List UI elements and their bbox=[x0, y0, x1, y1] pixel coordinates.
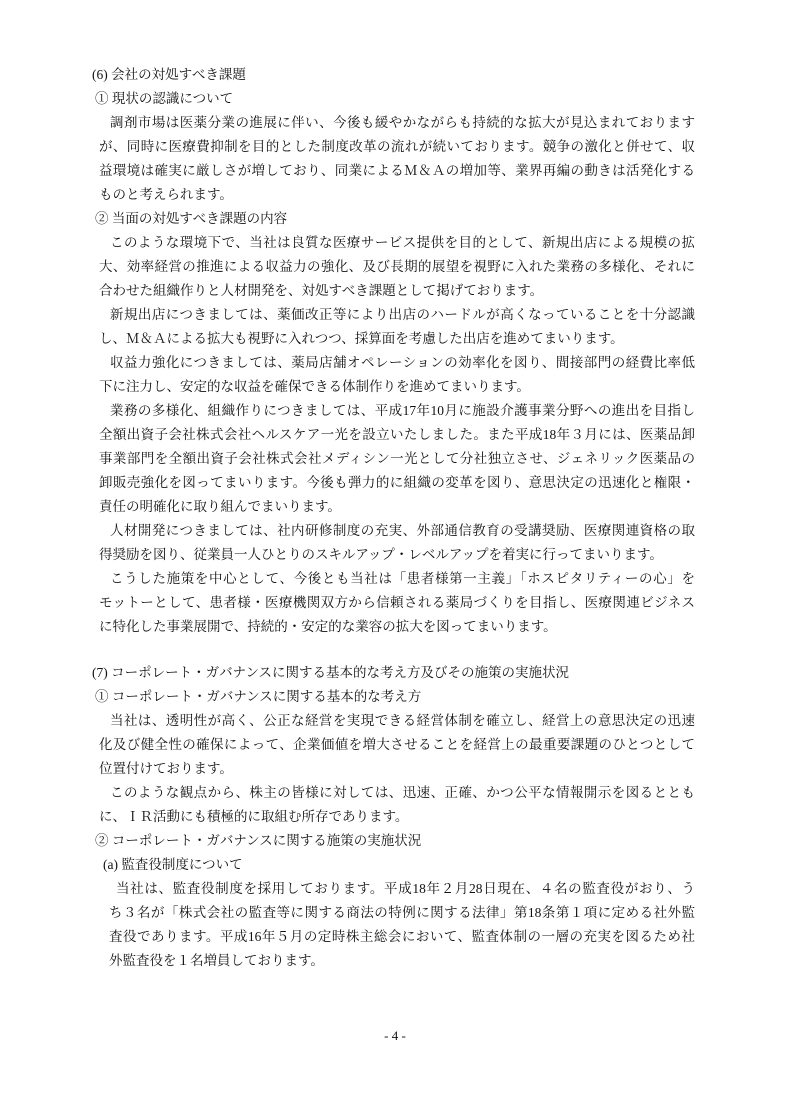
paragraph: 調剤市場は医薬分業の進展に伴い、今後も緩やかながらも持続的な拡大が見込まれており… bbox=[99, 111, 695, 207]
text-line: 責任の明確化に取り組んでまいります。 bbox=[99, 495, 695, 519]
text-line: 当社は、監査役制度を採用しております。平成18年２月28日現在、４名の監査役がお… bbox=[109, 877, 695, 901]
paragraph: こうした施策を中心として、今後とも当社は「患者様第一主義」「ホスピタリティーの心… bbox=[99, 567, 695, 639]
paragraph: 新規出店につきましては、薬価改正等により出店のハードルが高くなっていることを十分… bbox=[99, 303, 695, 351]
paragraph: 収益力強化につきましては、薬局店舗オペレーションの効率化を図り、間接部門の経費比… bbox=[99, 351, 695, 399]
heading-h3: (a) 監査役制度について bbox=[103, 853, 732, 877]
section-6-kadai: (6) 会社の対処すべき課題① 現状の認識について調剤市場は医薬分業の進展に伴い… bbox=[92, 63, 732, 639]
document-body: (6) 会社の対処すべき課題① 現状の認識について調剤市場は医薬分業の進展に伴い… bbox=[92, 63, 732, 973]
text-line: モットーとして、患者様・医療機関双方から信頼される薬局づくりを目指し、医療関連ビ… bbox=[99, 591, 695, 615]
text-line: 人材開発につきましては、社内研修制度の充実、外部通信教育の受講奨励、医療関連資格… bbox=[99, 519, 695, 543]
text-line: こうした施策を中心として、今後とも当社は「患者様第一主義」「ホスピタリティーの心… bbox=[99, 567, 695, 591]
text-line: 大、効率経営の推進による収益力の強化、及び長期的展望を視野に入れた業務の多様化、… bbox=[99, 255, 695, 279]
heading-h2: ① コーポレート・ガバナンスに関する基本的な考え方 bbox=[95, 685, 732, 709]
heading-h2: ② コーポレート・ガバナンスに関する施策の実施状況 bbox=[95, 829, 732, 853]
text-line: 下に注力し、安定的な収益を確保できる体制作りを進めてまいります。 bbox=[99, 375, 695, 399]
text-line: このような環境下で、当社は良質な医療サービス提供を目的として、新規出店による規模… bbox=[99, 231, 695, 255]
text-line: 得奨励を図り、従業員一人ひとりのスキルアップ・レベルアップを着実に行ってまいりま… bbox=[99, 543, 695, 567]
text-line: 査役であります。平成16年５月の定時株主総会において、監査体制の一層の充実を図る… bbox=[109, 925, 695, 949]
heading-h1: (6) 会社の対処すべき課題 bbox=[92, 63, 732, 87]
section-7-governance: (7) コーポレート・ガバナンスに関する基本的な考え方及びその施策の実施状況① … bbox=[92, 661, 732, 973]
text-line: 益環境は確実に厳しさが増しており、同業によるＭ＆Ａの増加等、業界再編の動きは活発… bbox=[99, 159, 695, 183]
paragraph: このような環境下で、当社は良質な医療サービス提供を目的として、新規出店による規模… bbox=[99, 231, 695, 303]
text-line: が、同時に医療費抑制を目的とした制度改革の流れが続いております。競争の激化と併せ… bbox=[99, 135, 695, 159]
text-line: 収益力強化につきましては、薬局店舗オペレーションの効率化を図り、間接部門の経費比… bbox=[99, 351, 695, 375]
text-line: 合わせた組織作りと人材開発を、対処すべき課題として掲げております。 bbox=[99, 279, 695, 303]
text-line: 業務の多様化、組織作りにつきましては、平成17年10月に施設介護事業分野への進出… bbox=[99, 399, 695, 423]
text-line: に特化した事業展開で、持続的・安定的な業容の拡大を図ってまいります。 bbox=[99, 615, 695, 639]
text-line: ち３名が「株式会社の監査等に関する商法の特例に関する法律」第18条第１項に定める… bbox=[109, 901, 695, 925]
document-page: (6) 会社の対処すべき課題① 現状の認識について調剤市場は医薬分業の進展に伴い… bbox=[0, 0, 790, 1118]
text-line: 位置付けております。 bbox=[99, 757, 695, 781]
text-line: 事業部門を全額出資子会社株式会社メディシン一光として分社独立させ、ジェネリック医… bbox=[99, 447, 695, 471]
text-line: 外監査役を１名増員しております。 bbox=[109, 949, 695, 973]
paragraph: 当社は、透明性が高く、公正な経営を実現できる経営体制を確立し、経営上の意思決定の… bbox=[99, 709, 695, 781]
text-line: 調剤市場は医薬分業の進展に伴い、今後も緩やかながらも持続的な拡大が見込まれており… bbox=[99, 111, 695, 135]
page-number: - 4 - bbox=[0, 1028, 790, 1044]
text-line: 新規出店につきましては、薬価改正等により出店のハードルが高くなっていることを十分… bbox=[99, 303, 695, 327]
text-line: し、Ｍ＆Ａによる拡大も視野に入れつつ、採算面を考慮した出店を進めてまいります。 bbox=[99, 327, 695, 351]
paragraph: このような観点から、株主の皆様に対しては、迅速、正確、かつ公平な情報開示を図ると… bbox=[99, 781, 695, 829]
text-line: 当社は、透明性が高く、公正な経営を実現できる経営体制を確立し、経営上の意思決定の… bbox=[99, 709, 695, 733]
text-line: 化及び健全性の確保によって、企業価値を増大させることを経営上の最重要課題のひとつ… bbox=[99, 733, 695, 757]
text-line: 卸販売強化を図ってまいります。今後も弾力的に組織の変革を図り、意思決定の迅速化と… bbox=[99, 471, 695, 495]
text-line: に、ＩＲ活動にも積極的に取組む所存であります。 bbox=[99, 805, 695, 829]
heading-h2: ① 現状の認識について bbox=[95, 87, 732, 111]
paragraph: 人材開発につきましては、社内研修制度の充実、外部通信教育の受講奨励、医療関連資格… bbox=[99, 519, 695, 567]
text-line: ものと考えられます。 bbox=[99, 183, 695, 207]
heading-h2: ② 当面の対処すべき課題の内容 bbox=[95, 207, 732, 231]
paragraph: 当社は、監査役制度を採用しております。平成18年２月28日現在、４名の監査役がお… bbox=[109, 877, 695, 973]
text-line: このような観点から、株主の皆様に対しては、迅速、正確、かつ公平な情報開示を図ると… bbox=[99, 781, 695, 805]
paragraph: 業務の多様化、組織作りにつきましては、平成17年10月に施設介護事業分野への進出… bbox=[99, 399, 695, 519]
text-line: 全額出資子会社株式会社ヘルスケア一光を設立いたしました。また平成18年３月には、… bbox=[99, 423, 695, 447]
heading-h1: (7) コーポレート・ガバナンスに関する基本的な考え方及びその施策の実施状況 bbox=[92, 661, 732, 685]
